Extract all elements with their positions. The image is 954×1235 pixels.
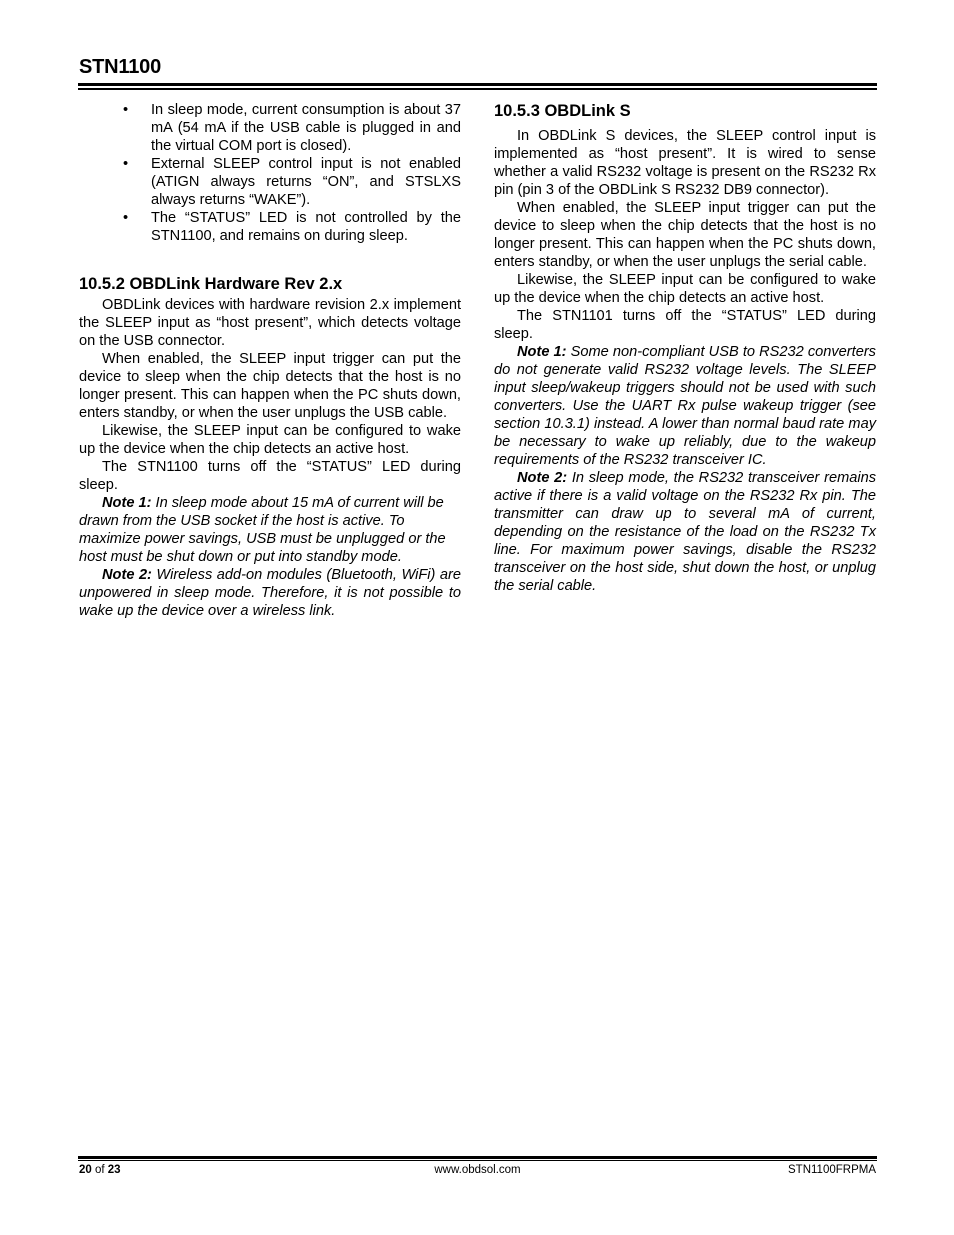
note-label: Note 2: bbox=[517, 470, 567, 486]
paragraph: In OBDLink S devices, the SLEEP control … bbox=[494, 127, 876, 199]
note-2: Note 2: Wireless add-on modules (Bluetoo… bbox=[79, 566, 461, 620]
paragraph: Likewise, the SLEEP input can be configu… bbox=[494, 271, 876, 307]
section-heading-10-5-3: 10.5.3 OBDLink S bbox=[494, 101, 876, 121]
note-label: Note 1: bbox=[517, 344, 567, 360]
footer-rule-thick bbox=[78, 1156, 877, 1159]
page-title: STN1100 bbox=[79, 56, 161, 79]
header-rule-thick bbox=[78, 83, 877, 86]
paragraph: When enabled, the SLEEP input trigger ca… bbox=[494, 199, 876, 271]
right-column: 10.5.3 OBDLink S In OBDLink S devices, t… bbox=[494, 101, 876, 595]
header-rule-thin bbox=[78, 88, 877, 90]
bullet-text: External SLEEP control input is not enab… bbox=[151, 156, 461, 208]
bullet-list: • In sleep mode, current consumption is … bbox=[79, 101, 461, 245]
paragraph: The STN1101 turns off the “STATUS” LED d… bbox=[494, 307, 876, 343]
bullet-icon: • bbox=[123, 101, 128, 119]
bullet-item: • In sleep mode, current consumption is … bbox=[79, 101, 461, 155]
note-text: In sleep mode, the RS232 transceiver rem… bbox=[494, 470, 876, 594]
footer-rule-thin bbox=[78, 1160, 877, 1161]
bullet-item: • The “STATUS” LED is not controlled by … bbox=[79, 209, 461, 245]
note-label: Note 1: bbox=[102, 495, 151, 511]
bullet-icon: • bbox=[123, 209, 128, 227]
paragraph: Likewise, the SLEEP input can be configu… bbox=[79, 422, 461, 458]
note-1: Note 1: In sleep mode about 15 mA of cur… bbox=[79, 494, 461, 566]
bullet-item: • External SLEEP control input is not en… bbox=[79, 155, 461, 209]
paragraph: The STN1100 turns off the “STATUS” LED d… bbox=[79, 458, 461, 494]
bullet-text: The “STATUS” LED is not controlled by th… bbox=[151, 210, 461, 244]
footer-url: www.obdsol.com bbox=[79, 1164, 876, 1176]
document-id: STN1100FRPMA bbox=[788, 1164, 876, 1176]
note-text: Some non-compliant USB to RS232 converte… bbox=[494, 344, 876, 468]
section-heading-10-5-2: 10.5.2 OBDLink Hardware Rev 2.x bbox=[79, 274, 461, 294]
note-2: Note 2: In sleep mode, the RS232 transce… bbox=[494, 469, 876, 595]
bullet-text: In sleep mode, current consumption is ab… bbox=[151, 102, 461, 154]
note-1: Note 1: Some non-compliant USB to RS232 … bbox=[494, 343, 876, 469]
left-column: • In sleep mode, current consumption is … bbox=[79, 101, 461, 620]
paragraph: OBDLink devices with hardware revision 2… bbox=[79, 296, 461, 350]
page-footer: 20 of 23 www.obdsol.com STN1100FRPMA bbox=[79, 1164, 876, 1178]
bullet-icon: • bbox=[123, 155, 128, 173]
note-label: Note 2: bbox=[102, 567, 152, 583]
paragraph: When enabled, the SLEEP input trigger ca… bbox=[79, 350, 461, 422]
